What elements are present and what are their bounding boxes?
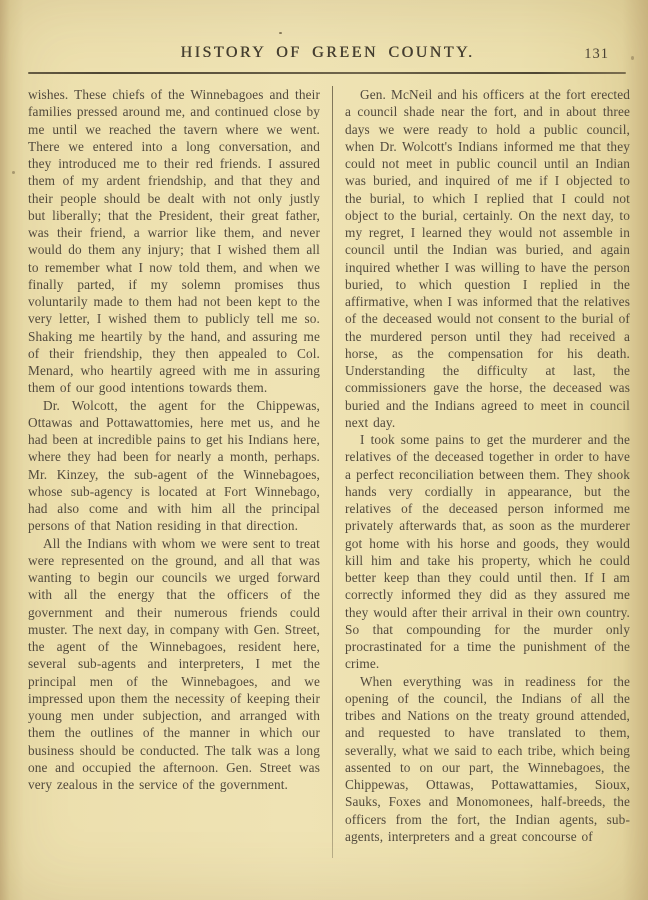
- text-columns: wishes. These chiefs of the Winnebagoes …: [28, 86, 630, 845]
- paragraph: When everything was in readiness for the…: [345, 673, 630, 846]
- page-number: 131: [584, 46, 609, 63]
- paragraph: I took some pains to get the murderer an…: [345, 431, 630, 673]
- right-column: Gen. McNeil and his officers at the fort…: [345, 86, 630, 845]
- paragraph: All the Indians with whom we were sent t…: [28, 535, 320, 794]
- paper-speck: [12, 171, 15, 174]
- column-gap: [320, 86, 345, 845]
- left-column: wishes. These chiefs of the Winnebagoes …: [28, 86, 320, 845]
- paper-speck: [279, 32, 282, 34]
- header-rule: [28, 72, 626, 74]
- paragraph: Dr. Wolcott, the agent for the Chippewas…: [28, 397, 320, 535]
- page-title: HISTORY OF GREEN COUNTY.: [28, 44, 627, 62]
- running-head: HISTORY OF GREEN COUNTY. 131: [28, 44, 627, 66]
- paragraph: Gen. McNeil and his officers at the fort…: [345, 86, 630, 431]
- paragraph: wishes. These chiefs of the Winnebagoes …: [28, 86, 320, 397]
- book-page: HISTORY OF GREEN COUNTY. 131 wishes. The…: [0, 0, 648, 900]
- paper-speck: [631, 56, 634, 60]
